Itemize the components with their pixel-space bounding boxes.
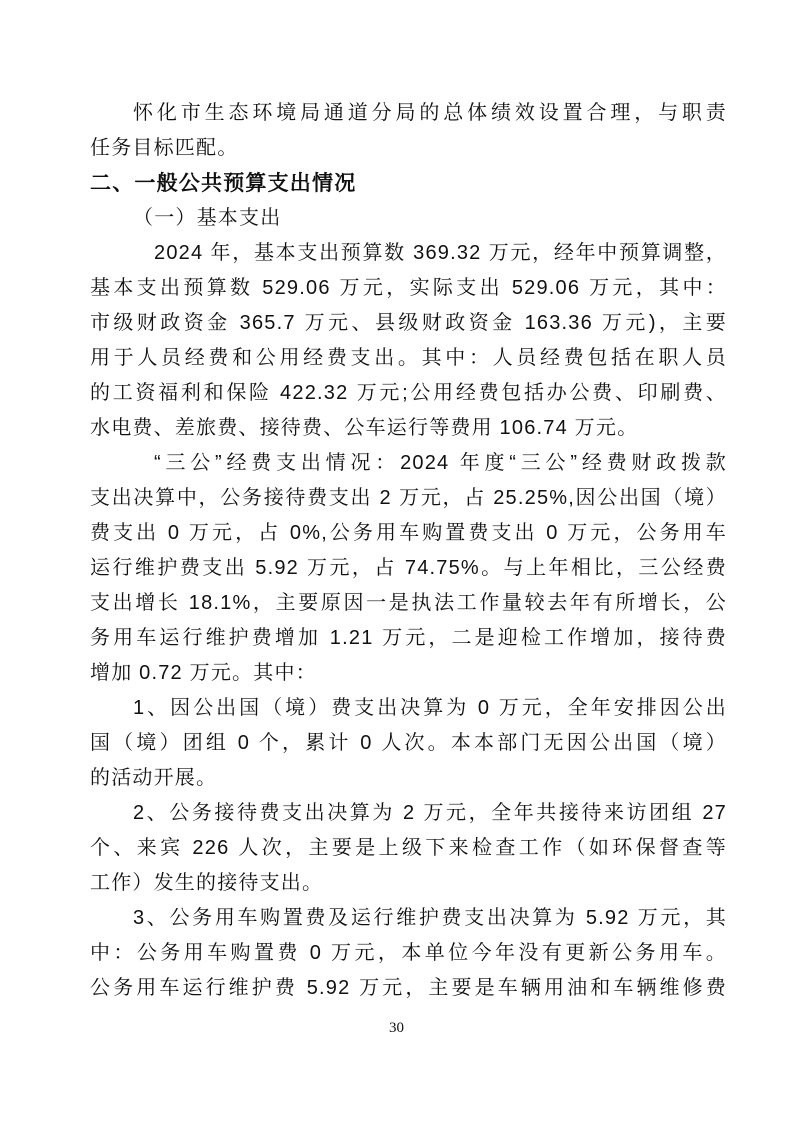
paragraph-line: 公务用车运行维护费 5.92 万元，主要是车辆用油和车辆维修费 [90, 971, 727, 1006]
paragraph-line: 2、公务接待费支出决算为 2 万元，全年共接待来访团组 27 [90, 796, 727, 831]
paragraph-line: 1、因公出国（境）费支出决算为 0 万元，全年安排因公出 [90, 691, 727, 726]
paragraph-line: 个、来宾 226 人次，主要是上级下来检查工作（如环保督查等 [90, 831, 727, 866]
paragraph-line: 增加 0.72 万元。其中： [90, 656, 727, 691]
section-heading: 二、一般公共预算支出情况 [90, 166, 727, 201]
paragraph-line: 市级财政资金 365.7 万元、县级财政资金 163.36 万元)，主要 [90, 306, 727, 341]
paragraph-line: 的活动开展。 [90, 761, 727, 796]
paragraph-line: 运行维护费支出 5.92 万元，占 74.75%。与上年相比，三公经费 [90, 551, 727, 586]
paragraph-line: 2024 年，基本支出预算数 369.32 万元，经年中预算调整， [90, 236, 727, 271]
page-number: 30 [0, 1020, 793, 1037]
paragraph-line: 任务目标匹配。 [90, 131, 727, 166]
paragraph-line: 基本支出预算数 529.06 万元，实际支出 529.06 万元，其中： [90, 271, 727, 306]
paragraph-line: 用于人员经费和公用经费支出。其中：人员经费包括在职人员 [90, 341, 727, 376]
paragraph-line: “三公”经费支出情况：2024 年度“三公”经费财政拨款 [90, 446, 727, 481]
paragraph-line: 工作）发生的接待支出。 [90, 866, 727, 901]
paragraph-line: 支出增长 18.1%，主要原因一是执法工作量较去年有所增长，公 [90, 586, 727, 621]
paragraph-line: 水电费、差旅费、接待费、公车运行等费用 106.74 万元。 [90, 411, 727, 446]
document-body: 怀化市生态环境局通道分局的总体绩效设置合理，与职责任务目标匹配。二、一般公共预算… [90, 96, 727, 1006]
paragraph-line: 支出决算中，公务接待费支出 2 万元，占 25.25%,因公出国（境） [90, 481, 727, 516]
paragraph-line: 3、公务用车购置费及运行维护费支出决算为 5.92 万元，其 [90, 901, 727, 936]
paragraph-line: 怀化市生态环境局通道分局的总体绩效设置合理，与职责 [90, 96, 727, 131]
paragraph-line: 费支出 0 万元，占 0%,公务用车购置费支出 0 万元，公务用车 [90, 516, 727, 551]
subsection-heading: （一）基本支出 [90, 201, 727, 236]
paragraph-line: 的工资福利和保险 422.32 万元;公用经费包括办公费、印刷费、 [90, 376, 727, 411]
paragraph-line: 国（境）团组 0 个，累计 0 人次。本本部门无因公出国（境） [90, 726, 727, 761]
paragraph-line: 务用车运行维护费增加 1.21 万元，二是迎检工作增加，接待费 [90, 621, 727, 656]
paragraph-line: 中：公务用车购置费 0 万元，本单位今年没有更新公务用车。 [90, 936, 727, 971]
